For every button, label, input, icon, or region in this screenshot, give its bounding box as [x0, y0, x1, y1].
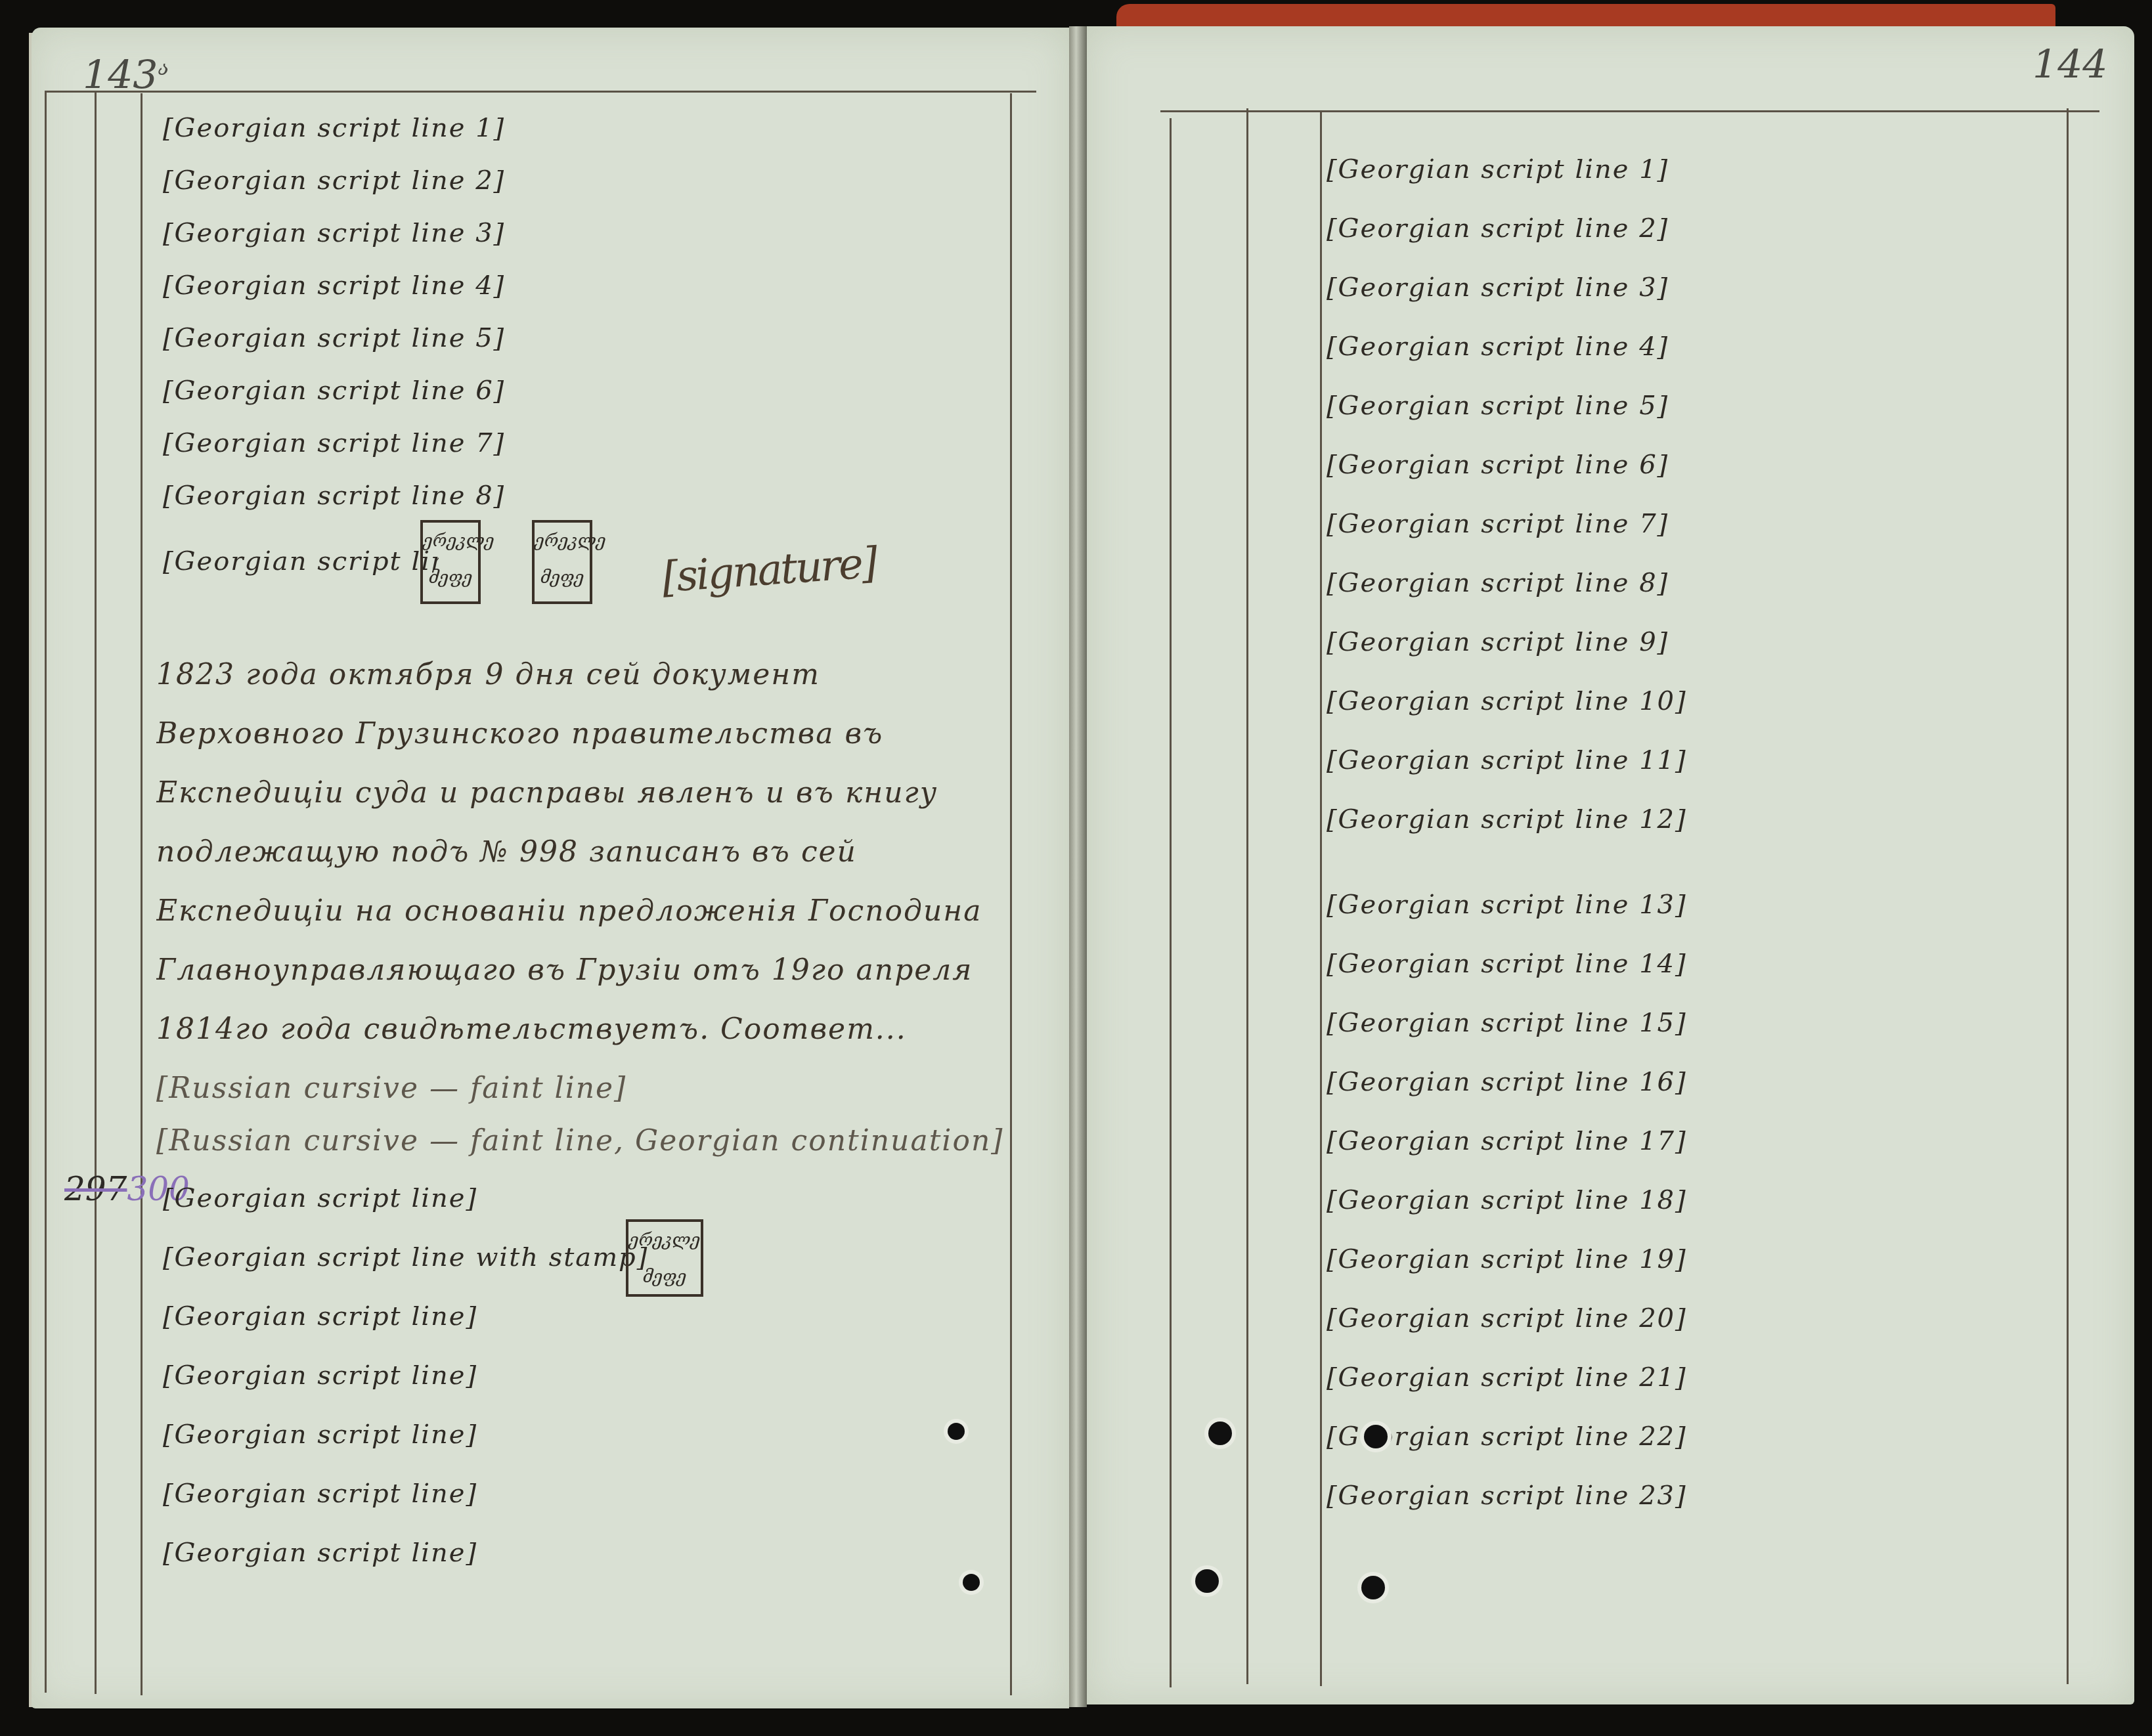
ms-line: [Georgian script line 15] — [1327, 1008, 2062, 1038]
ms-line: [Georgian script line] — [163, 1420, 1003, 1450]
ms-line: [Georgian script line 13] — [1327, 890, 2062, 920]
ms-line: [Georgian script line] — [163, 1183, 1003, 1213]
ms-line: [Georgian script line 14] — [1327, 949, 2062, 979]
ms-line: [Georgian script line 18] — [1327, 1185, 2062, 1215]
margin-rule-2 — [1246, 108, 1248, 1684]
red-bookmark-tab — [1116, 4, 2055, 29]
ms-line: [Georgian script line 5] — [1327, 391, 2062, 421]
russian-line: 1823 года октября 9 дня сей документ — [156, 658, 1010, 691]
ms-line: [Georgian script line 2] — [1327, 213, 2062, 244]
margin-rule-2 — [95, 92, 97, 1694]
ms-line: [Georgian script line 21] — [1327, 1362, 2062, 1393]
left-page: 143ა 297300 [Georgian script line 1] [Ge… — [32, 28, 1069, 1708]
right-page: 144 [Georgian script line 1] [Georgian s… — [1087, 26, 2134, 1704]
ms-line: [Georgian script line 9 with stamps] — [163, 546, 439, 576]
punch-hole — [1364, 1425, 1388, 1448]
punch-hole — [1208, 1421, 1232, 1445]
margin-rule-3 — [1320, 110, 1322, 1686]
ms-line: [Georgian script line 4] — [1327, 332, 2062, 362]
ms-line: [Georgian script line] — [163, 1360, 1003, 1391]
ms-line: [Georgian script line 8] — [1327, 568, 2062, 598]
right-margin-rule — [1010, 93, 1012, 1695]
russian-line: Експедиціи суда и расправы явленъ и въ к… — [156, 776, 1010, 810]
margin-rule-1 — [45, 91, 47, 1693]
ms-line: [Georgian script line with stamp] — [163, 1242, 1003, 1272]
ms-line: [Georgian script line 16] — [1327, 1067, 2062, 1097]
russian-line: Верховного Грузинского правительства въ — [156, 717, 1010, 750]
ms-line: [Georgian script line 7] — [163, 428, 1003, 458]
russian-line: подлежащую подъ № 998 записанъ въ сей — [156, 835, 1010, 869]
ms-line: [Georgian script line 3] — [1327, 272, 2062, 303]
russian-line: Експедиціи на основаніи предложенія Госп… — [156, 894, 1010, 928]
punch-hole — [948, 1423, 965, 1440]
ms-line: [Georgian script line 12] — [1327, 804, 2062, 835]
ms-line: [Georgian script line 5] — [163, 323, 1003, 353]
top-ruling — [45, 91, 1036, 93]
ms-line: [Georgian script line 9] — [1327, 627, 2062, 657]
ms-line: [Georgian script line 22] — [1327, 1421, 2062, 1452]
ms-line: [Georgian script line 8] — [163, 481, 1003, 511]
punch-hole — [1195, 1569, 1219, 1593]
punch-hole — [963, 1574, 980, 1591]
margin-rule-1 — [1170, 118, 1172, 1687]
ms-line: [Georgian script line 1] — [163, 113, 1003, 143]
ms-line: [Georgian script line] — [163, 1301, 1003, 1332]
seal-box: ერეკლე მეფე — [420, 520, 481, 604]
ms-line: [Georgian script line 11] — [1327, 745, 2062, 775]
margin-rule-3 — [141, 93, 143, 1695]
ms-line: [Georgian script line 6] — [163, 376, 1003, 406]
right-margin-rule — [2067, 108, 2069, 1684]
ms-line: [Georgian script line 3] — [163, 218, 1003, 248]
ms-line: [Georgian script line 1] — [1327, 154, 2062, 184]
top-ruling — [1160, 110, 2099, 112]
russian-line: Главноуправляющаго въ Грузіи отъ 19го ап… — [156, 953, 1010, 987]
ms-line: [Georgian script line 7] — [1327, 509, 2062, 539]
seal-box: ერეკლე მეფე — [532, 520, 592, 604]
punch-hole — [1361, 1576, 1385, 1599]
signature: [signature] — [661, 539, 877, 603]
russian-line: 1814го года свидѣтельствуетъ. Соответ... — [156, 1012, 1010, 1046]
ms-line: [Georgian script line 2] — [163, 165, 1003, 196]
ms-line: [Georgian script line] — [163, 1538, 1003, 1568]
ms-line: [Georgian script line 4] — [163, 271, 1003, 301]
book-spine — [1069, 26, 1087, 1707]
ms-line: [Georgian script line 6] — [1327, 450, 2062, 480]
ms-line: [Georgian script line 10] — [1327, 686, 2062, 716]
ms-line: [Georgian script line 20] — [1327, 1303, 2062, 1334]
folio-number-right: 144 — [2032, 42, 2108, 88]
ms-line: [Georgian script line 19] — [1327, 1244, 2062, 1274]
ms-line: [Georgian script line] — [163, 1479, 1003, 1509]
seal-box: ერეკლე მეფე — [626, 1219, 703, 1297]
ms-line: [Georgian script line 17] — [1327, 1126, 2062, 1156]
russian-line: [Russian cursive — faint line] — [156, 1072, 1010, 1105]
russian-line: [Russian cursive — faint line, Georgian … — [156, 1124, 1010, 1158]
ms-line: [Georgian script line 23] — [1327, 1481, 2062, 1511]
